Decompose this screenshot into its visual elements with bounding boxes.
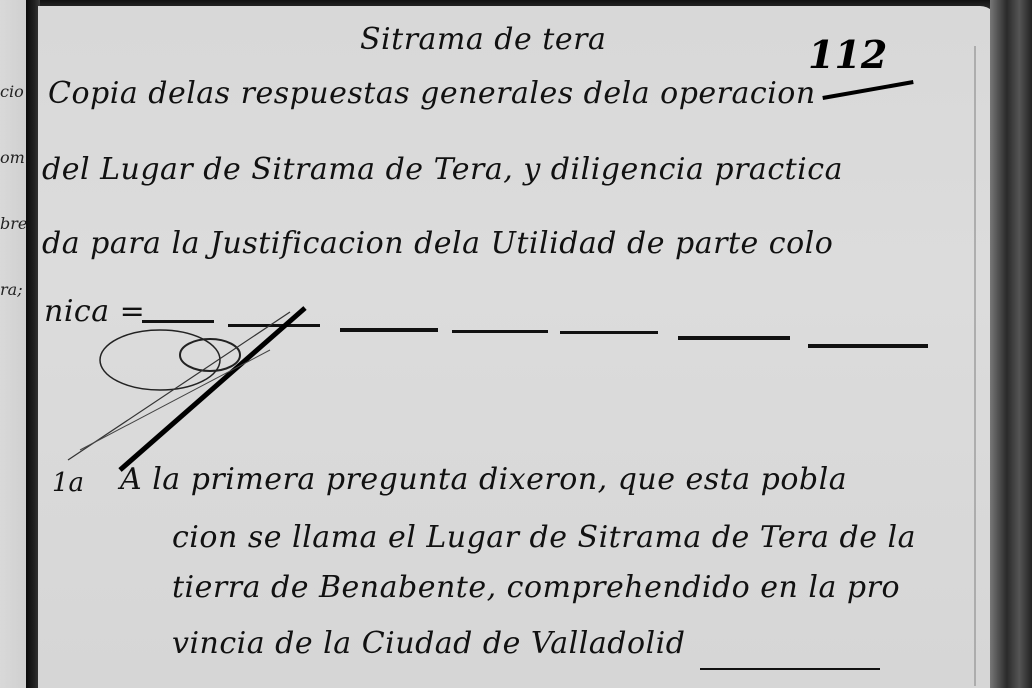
paragraph-1-line-1: Copia delas respuestas generales dela op…: [48, 76, 816, 111]
line-filler-dash: [560, 331, 658, 334]
line-end-rule: [700, 668, 880, 670]
facing-page-text: om: [0, 148, 25, 167]
folio-number: 112: [808, 32, 887, 77]
paragraph-1-line-3: da para la Justificacion dela Utilidad d…: [42, 226, 833, 261]
paragraph-2-line-2: cion se llama el Lugar de Sitrama de Ter…: [172, 520, 916, 555]
calligraphic-initial-flourish: [60, 300, 320, 480]
paragraph-2-line-1: A la primera pregunta dixeron, que esta …: [120, 462, 847, 497]
facing-page-text: cio: [0, 82, 24, 101]
facing-page-text: bre: [0, 214, 27, 233]
page-header-title: Sitrama de tera: [360, 22, 606, 57]
line-filler-dash: [678, 336, 790, 340]
facing-page-fragment: cio om bre ra;: [0, 0, 28, 688]
line-filler-dash: [808, 344, 928, 348]
line-filler-dash: [340, 328, 438, 332]
page-right-edge: [990, 0, 1032, 688]
paragraph-1-line-2: del Lugar de Sitrama de Tera, y diligenc…: [42, 152, 843, 187]
paragraph-2-line-3: tierra de Benabente, comprehendido en la…: [172, 570, 900, 605]
line-filler-dash: [452, 330, 548, 333]
facing-page-text: ra;: [0, 280, 23, 299]
margin-note-question-number: 1a: [52, 468, 84, 498]
paragraph-2-line-4: vincia de la Ciudad de Valladolid: [172, 626, 685, 661]
